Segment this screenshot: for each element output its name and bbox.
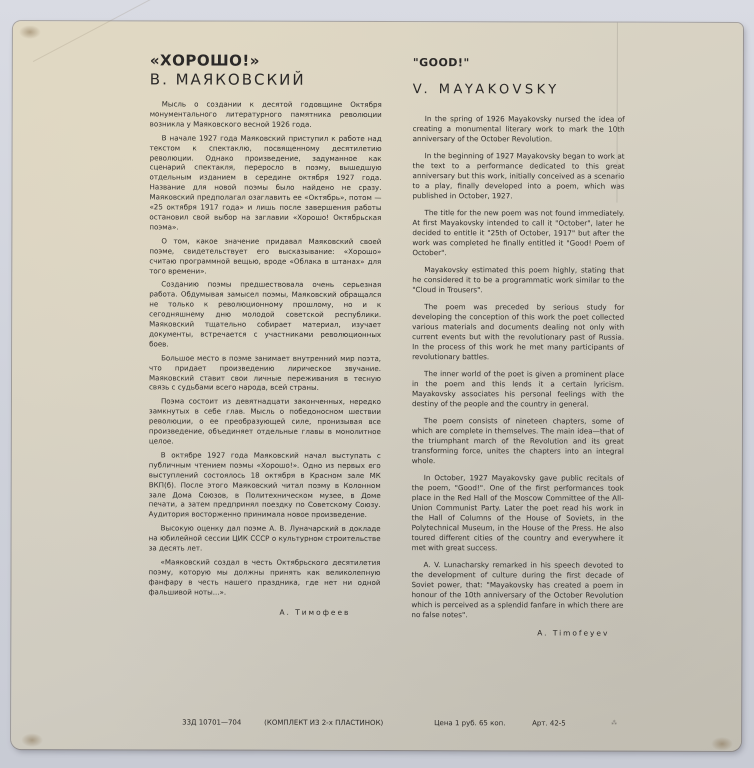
russian-author: В. МАЯКОВСКИЙ xyxy=(150,69,382,90)
russian-paragraph: О том, какое значение придавал Маяковски… xyxy=(149,236,381,276)
english-title: "GOOD!" xyxy=(413,54,625,71)
article-number: Арт. 42-5 xyxy=(532,719,566,727)
english-paragraph: Mayakovsky estimated this poem highly, s… xyxy=(412,265,624,296)
russian-title: «ХОРОШО!» xyxy=(150,51,382,70)
english-paragraph: The poem consists of nineteen chapters, … xyxy=(412,416,624,467)
russian-body: Мысль о создании к десятой годовщине Окт… xyxy=(148,99,381,597)
russian-paragraph: «Маяковский создал в честь Октябрьского … xyxy=(148,557,380,597)
russian-paragraph: Созданию поэмы предшествовала очень серь… xyxy=(149,280,381,350)
english-paragraph: The title for the new poem was not found… xyxy=(412,208,624,259)
english-paragraph: A. V. Lunacharsky remarked in his speech… xyxy=(411,560,623,621)
russian-paragraph: В начале 1927 года Маяковский приступил … xyxy=(149,133,381,233)
english-paragraph: In October, 1927 Mayakovsky gave public … xyxy=(412,473,624,554)
english-body: In the spring of 1926 Mayakovsky nursed … xyxy=(411,114,624,621)
english-paragraph: The poem was preceded by serious study f… xyxy=(412,302,624,363)
russian-signature: А. Тимофеев xyxy=(148,607,380,617)
russian-paragraph: В октябре 1927 года Маяковский начал выс… xyxy=(149,450,381,520)
price: Цена 1 руб. 65 коп. xyxy=(434,719,505,727)
russian-column: «ХОРОШО!» В. МАЯКОВСКИЙ Мысль о создании… xyxy=(148,21,382,616)
english-author: V. MAYAKOVSKY xyxy=(413,80,625,101)
english-column: "GOOD!" V. MAYAKOVSKY In the spring of 1… xyxy=(411,22,625,638)
english-paragraph: In the beginning of 1927 Mayakovsky bega… xyxy=(412,151,624,202)
corner-stain-top-left xyxy=(19,25,41,39)
catalog-number: 33Д 10701—704 xyxy=(182,718,241,726)
english-paragraph: The inner world of the poet is given a p… xyxy=(412,369,624,410)
russian-paragraph: Большое место в поэме занимает внутренни… xyxy=(149,353,381,393)
english-paragraph: In the spring of 1926 Mayakovsky nursed … xyxy=(413,114,625,145)
russian-paragraph: Высокую оценку дал поэме А. В. Луначарск… xyxy=(149,524,381,554)
printer-mark-icon: ⁂ xyxy=(611,720,617,727)
russian-paragraph: Мысль о создании к десятой годовщине Окт… xyxy=(150,99,382,129)
corner-stain-bottom-right xyxy=(711,737,733,751)
corner-stain-bottom-left xyxy=(21,733,43,747)
english-signature: A. Timofeyev xyxy=(411,628,623,638)
set-note: (КОМПЛЕКТ ИЗ 2-х ПЛАСТИНОК) xyxy=(264,719,383,727)
record-sleeve-back: «ХОРОШО!» В. МАЯКОВСКИЙ Мысль о создании… xyxy=(11,21,743,751)
russian-paragraph: Поэма состоит из девятнадцати законченны… xyxy=(149,397,381,447)
